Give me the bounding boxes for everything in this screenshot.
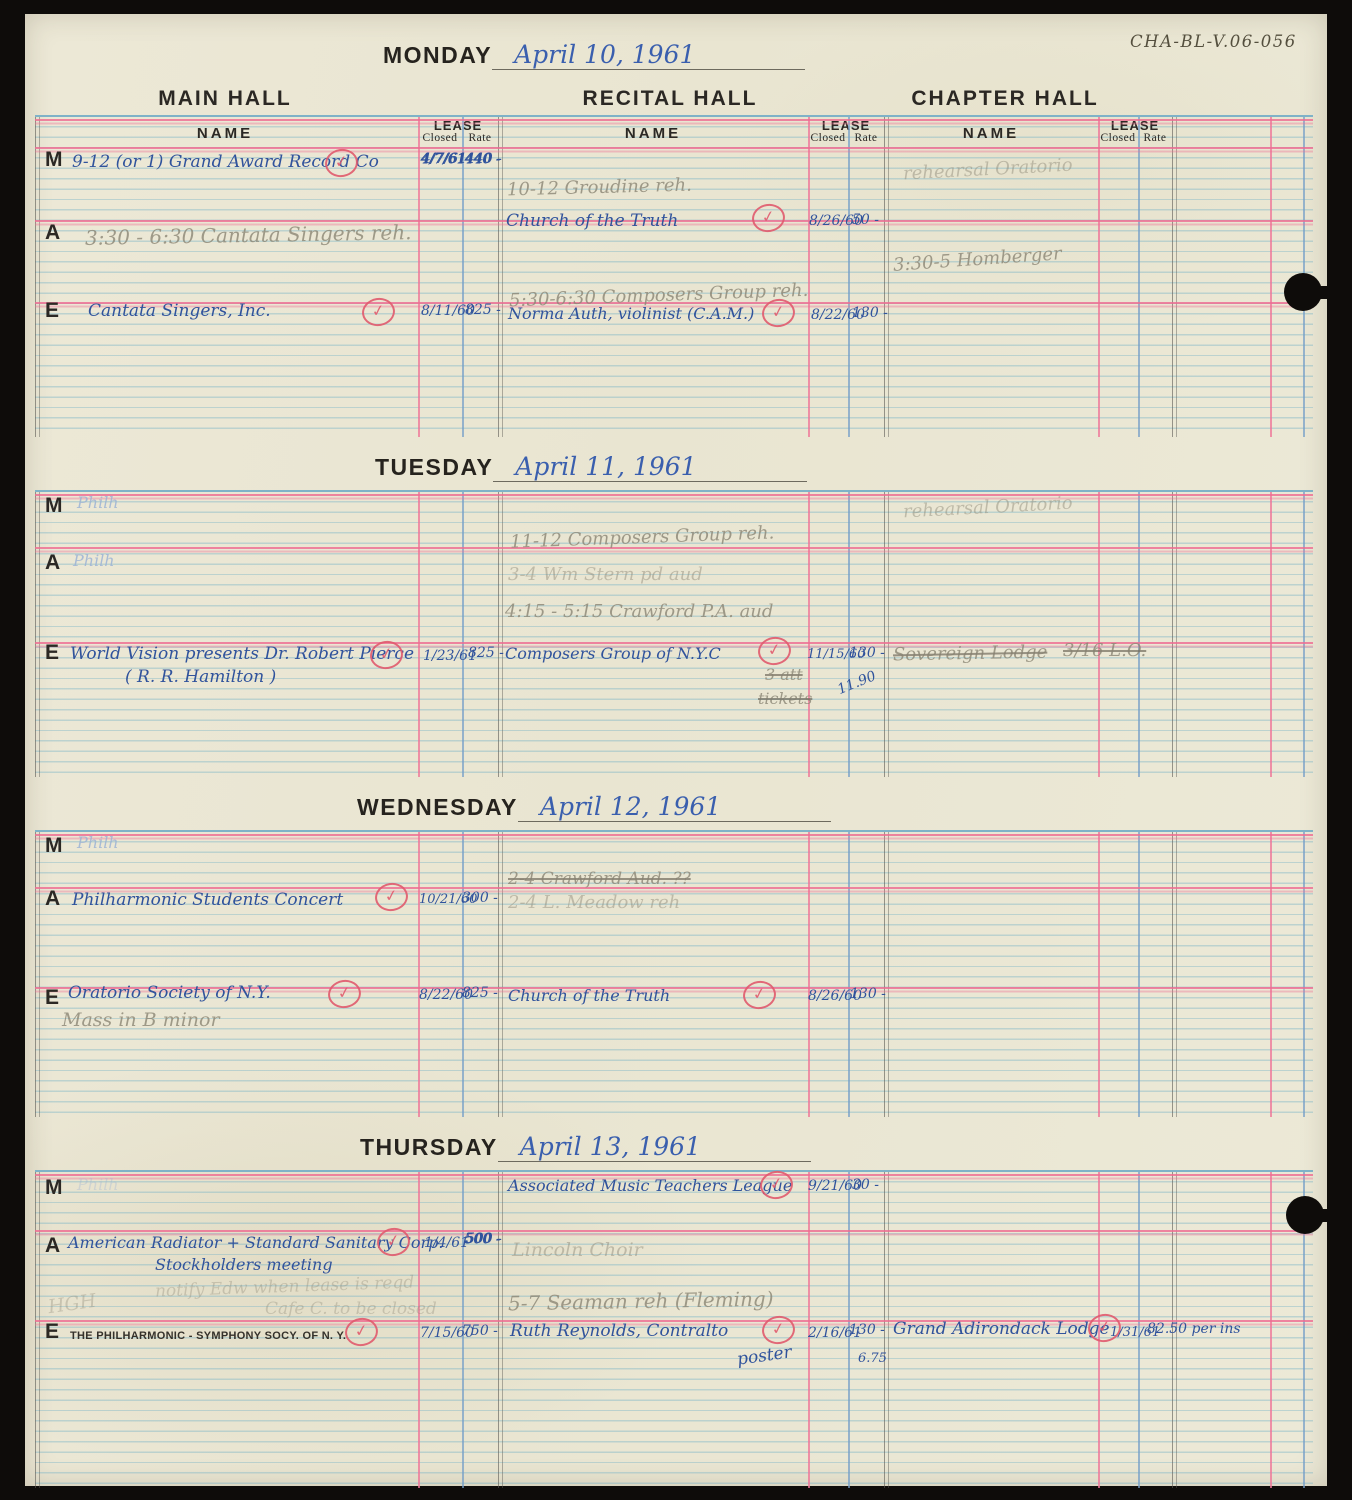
entry-recital-e: Ruth Reynolds, Contralto [510,1322,728,1341]
lease-rate: 500 - [465,1232,501,1247]
row-label-evening: E [45,1320,59,1344]
entry-recital-e: Composers Group of N.Y.C [505,645,721,663]
entry-chapter-e-line2: 3/16 L.O. [1063,641,1146,661]
pink-column-rule [808,832,810,1117]
pink-column-rule [1098,492,1100,777]
pink-column-rule [1270,492,1272,777]
row-separator-rule [35,834,1313,836]
entry-recital-a-line2: 2-4 L. Meadow reh [508,893,680,913]
row-separator-rule [35,547,1313,549]
column-header-rate: Rate [848,132,884,144]
entry-recital-a-line2: 5-7 Seaman reh (Fleming) [508,1288,774,1315]
entry-main-e-line2: ( R. R. Hamilton ) [125,668,276,687]
row-label-morning: M [45,148,63,172]
hole-punch [1286,1196,1324,1234]
lease-rate: 750 - [462,1324,498,1339]
lease-rate: 440 - [465,152,501,167]
gray-column-rule [884,117,889,437]
lease-rate-secondary: 6.75 [858,1352,887,1366]
hall-title-recital: RECITAL HALL [560,87,780,111]
pink-column-rule [418,117,420,437]
blue-column-rule [848,117,850,437]
column-header-closed: Closed [808,132,848,144]
blue-column-rule [1138,492,1140,777]
lease-rate: 130 - [849,1323,885,1338]
entry-recital-a-line1: Lincoln Choir [512,1240,643,1261]
entry-recital-e: Norma Auth, violinist (C.A.M.) [508,305,754,323]
entry-main-a: 3:30 - 6:30 Cantata Singers reh. [85,221,412,249]
day-label: THURSDAY [360,1134,498,1161]
entry-main-e: Cantata Singers, Inc. [88,302,271,321]
row-label-evening: E [45,641,59,665]
pink-column-rule [418,492,420,777]
row-separator-rule [35,119,1313,121]
day-header-wednesday: WEDNESDAY April 12, 1961 [357,792,831,822]
entry-recital-a-line1: 2-4 Crawford Aud. ?? [508,870,691,889]
lease-rate: 30 - [852,1178,879,1193]
gray-column-rule [35,1172,40,1488]
entry-main-m: Philh [77,1176,119,1194]
entry-main-e: World Vision presents Dr. Robert Pierce [70,645,414,664]
date-underline: April 10, 1961 [492,40,805,70]
row-label-morning: M [45,1176,63,1200]
pink-column-rule [808,492,810,777]
row-separator-rule [35,1230,1313,1232]
day-header-thursday: THURSDAY April 13, 1961 [360,1132,811,1162]
scanned-ledger-screenshot: { "page": { "reference": "CHA-BL-V.06-05… [0,0,1352,1500]
entry-main-m: Philh [77,494,119,512]
entry-main-a: Philh [73,552,115,570]
date-underline: April 13, 1961 [498,1132,811,1162]
entry-main-e-line2: Mass in B minor [62,1010,220,1031]
gray-column-rule [498,1172,503,1488]
row-label-evening: E [45,986,59,1010]
entry-main-a: Philharmonic Students Concert [72,891,343,910]
entry-main-e-stamp: THE PHILHARMONIC - SYMPHONY SOCY. OF N. … [70,1330,346,1342]
hole-punch [1284,273,1322,311]
column-header-closed: Closed [418,132,462,144]
hall-title-main: MAIN HALL [115,87,335,111]
lease-rate: 300 - [462,891,498,906]
day-date: April 12, 1961 [518,792,831,822]
row-label-afternoon: A [45,887,60,911]
day-date: April 11, 1961 [493,452,806,482]
row-separator-rule [35,147,1313,149]
column-header-rate: Rate [1138,132,1172,144]
reference-number: CHA-BL-V.06-056 [1130,32,1297,51]
day-date: April 13, 1961 [498,1132,811,1162]
lease-rate: 50 - [852,213,879,228]
lease-closed: 1/4/61 [424,1236,469,1251]
row-label-morning: M [45,494,63,518]
column-header-rate: Rate [462,132,498,144]
pink-column-rule [418,832,420,1117]
blue-column-rule [1138,832,1140,1117]
day-label: TUESDAY [375,454,493,481]
entry-recital-e: Church of the Truth [508,987,670,1005]
gray-column-rule [1172,832,1177,1117]
day-header-tuesday: TUESDAY April 11, 1961 [375,452,807,482]
column-header-name: NAME [498,125,808,142]
lease-rate: 825 - [462,986,498,1001]
day-label: MONDAY [383,42,492,69]
gray-column-rule [884,492,889,777]
entry-recital-m: Associated Music Teachers League [508,1177,792,1195]
entry-recital-a-line1: 3-4 Wm Stern pd aud [508,565,703,585]
gray-column-rule [1172,492,1177,777]
row-separator-rule [35,494,1313,496]
ledger-page: CHA-BL-V.06-056 MONDAY April 10, 1961 MA… [25,14,1327,1486]
row-label-afternoon: A [45,1234,60,1258]
day-header-monday: MONDAY April 10, 1961 [383,40,805,70]
column-header-closed: Closed [1098,132,1138,144]
entry-recital-a-line2: 4:15 - 5:15 Crawford P.A. aud [505,602,773,622]
lease-rate: 130 - [850,987,886,1002]
lease-rate: 825 - [468,646,504,661]
gray-column-rule [1172,117,1177,437]
blue-column-rule [848,832,850,1117]
lease-rate: 82.50 per ins [1147,1322,1241,1337]
hall-title-chapter: CHAPTER HALL [895,87,1115,111]
lease-rate: 130 - [849,646,885,661]
entry-recital-e-note1: 3 att [765,666,803,684]
entry-recital-a: Church of the Truth [506,212,678,231]
entry-recital-e-note2: tickets [758,690,812,708]
entry-main-a-note2: Cafe C. to be closed [265,1300,437,1319]
entry-chapter-e: Sovereign Lodge [893,643,1048,665]
column-header-name: NAME [884,125,1098,142]
entry-main-a-line2: Stockholders meeting [155,1256,333,1274]
column-header-name: NAME [65,125,385,142]
entry-chapter-e: Grand Adirondack Lodge [893,1320,1110,1339]
entry-main-m: Philh [77,834,119,852]
blue-column-rule [1303,832,1305,1117]
date-underline: April 11, 1961 [493,452,806,482]
gray-column-rule [35,832,40,1117]
gray-column-rule [498,492,503,777]
blue-column-rule [462,492,464,777]
entry-main-e: Oratorio Society of N.Y. [68,984,271,1003]
row-label-afternoon: A [45,551,60,575]
lease-rate: 825 - [465,303,501,318]
date-underline: April 12, 1961 [518,792,831,822]
gray-column-rule [35,492,40,777]
pink-column-rule [1098,832,1100,1117]
day-label: WEDNESDAY [357,794,518,821]
blue-column-rule [462,832,464,1117]
row-label-evening: E [45,299,59,323]
pink-column-rule [1270,1172,1272,1488]
gray-column-rule [498,832,503,1117]
pink-column-rule [808,117,810,437]
blue-column-rule [1303,492,1305,777]
blue-column-rule [848,492,850,777]
lease-rate: 130 - [852,306,888,321]
gray-column-rule [35,117,40,437]
row-label-morning: M [45,834,63,858]
pink-column-rule [1270,117,1272,437]
lease-closed: 4/7/61 [421,152,466,167]
blue-column-rule [1138,117,1140,437]
pink-column-rule [1270,832,1272,1117]
row-label-afternoon: A [45,221,60,245]
day-date: April 10, 1961 [492,40,805,70]
gray-column-rule [884,832,889,1117]
pink-column-rule [1098,117,1100,437]
